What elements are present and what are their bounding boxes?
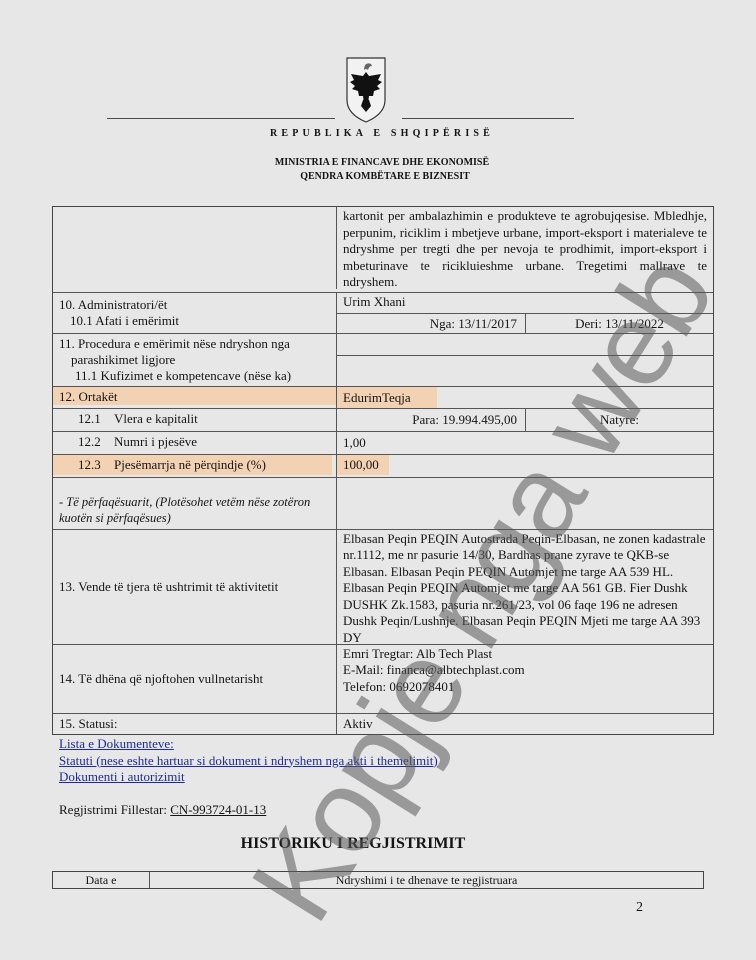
competence-limits-label: 11.1 Kufizimet e kompetencave (nëse ka) (59, 368, 330, 384)
appointment-from: Nga: 13/11/2017 (337, 314, 526, 333)
republic-title: REPUBLIKA E SHQIPËRISË (0, 128, 756, 139)
trade-name: Emri Tregtar: Alb Tech Plast (343, 646, 707, 663)
administrator-label-cell: 10. Administratori/ët 10.1 Afati i emëri… (53, 293, 337, 333)
appointment-term-label: 10.1 Afati i emërimit (59, 313, 330, 329)
percentage-value-cell: 100,00 (337, 455, 713, 477)
administrator-value-cell: Urim Xhani Nga: 13/11/2017 Deri: 13/11/2… (337, 293, 713, 333)
business-extract-table: kartonit per ambalazhimin e produkteve t… (52, 206, 714, 735)
ministry-title: MINISTRIA E FINANCAVE DHE EKONOMISË QEND… (0, 156, 756, 184)
email: E-Mail: financa@albtechplast.com (343, 662, 707, 679)
procedure-value-cell (337, 334, 713, 386)
table-row-voluntary-data: 14. Të dhëna që njoftohen vullnetarisht … (53, 644, 713, 713)
partner-name: EdurimTeqja (337, 387, 437, 408)
appointment-to: Deri: 13/11/2022 (526, 314, 713, 333)
ministry-name: MINISTRIA E FINANCAVE DHE EKONOMISË (8, 156, 756, 170)
percentage-label: Pjesëmarrja në përqindje (%) (114, 457, 266, 472)
page-number: 2 (636, 900, 643, 916)
header-rule-right (402, 118, 574, 119)
table-row-administrator: 10. Administratori/ët 10.1 Afati i emëri… (53, 292, 713, 333)
partners-label-cell: 12. Ortakët (53, 387, 337, 408)
documents-links: Lista e Dokumenteve: Statuti (nese eshte… (59, 736, 438, 786)
coat-of-arms-icon (345, 56, 387, 124)
shares-label-cell: 12.2Numri i pjesëve (53, 432, 337, 454)
phone: Telefon: 0692078401 (343, 679, 707, 696)
history-column-change: Ndryshimi i te dhenave te regjistruara (150, 872, 703, 888)
table-row-represented: - Të përfaqësuarit, (Plotësohet vetëm në… (53, 477, 713, 529)
header-rule-left (107, 118, 335, 119)
table-row-status: 15. Statusi: Aktiv (53, 713, 713, 734)
percentage-value: 100,00 (337, 455, 389, 475)
documents-list-link[interactable]: Lista e Dokumenteve: (59, 736, 438, 753)
table-row-shares: 12.2Numri i pjesëve 1,00 (53, 431, 713, 454)
partners-value-cell: EdurimTeqja (337, 387, 713, 408)
shares-label: Numri i pjesëve (114, 434, 197, 449)
competence-limits-value (337, 355, 713, 385)
activity-value: kartonit per ambalazhimin e produkteve t… (337, 207, 713, 292)
history-column-date: Data e (53, 872, 150, 888)
status-value: Aktiv (337, 714, 713, 734)
status-label: 15. Statusi: (53, 714, 337, 734)
shares-value: 1,00 (337, 432, 713, 454)
administrator-label: 10. Administratori/ët (59, 297, 330, 313)
table-row-percentage: 12.3Pjesëmarrja në përqindje (%) 100,00 (53, 454, 713, 477)
capital-nature: Natyre: (526, 409, 713, 431)
initial-registration-label: Regjistrimi Fillestar: (59, 802, 167, 817)
initial-registration-value: CN-993724-01-13 (170, 802, 266, 817)
other-locations-label: 13. Vende të tjera të ushtrimit të aktiv… (53, 530, 337, 644)
procedure-label-cell: 11. Procedura e emërimit nëse ndryshon n… (53, 334, 337, 386)
center-name: QENDRA KOMBËTARE E BIZNESIT (8, 170, 756, 184)
procedure-value (337, 334, 713, 355)
table-row-activity: kartonit per ambalazhimin e produkteve t… (53, 207, 713, 292)
capital-value-cell: Para: 19.994.495,00 Natyre: (337, 409, 713, 431)
capital-label-cell: 12.1Vlera e kapitalit (53, 409, 337, 431)
table-row-partners: 12. Ortakët EdurimTeqja (53, 386, 713, 408)
procedure-label-2: parashikimet ligjore (59, 352, 330, 368)
table-row-other-locations: 13. Vende të tjera të ushtrimit të aktiv… (53, 529, 713, 644)
activity-label-cell (53, 207, 337, 289)
other-locations-value: Elbasan Peqin PEQIN Autostrada Peqin-Elb… (337, 530, 713, 644)
table-row-procedure: 11. Procedura e emërimit nëse ndryshon n… (53, 333, 713, 386)
history-table-header: Data e Ndryshimi i te dhenave te regjist… (52, 871, 704, 889)
history-title: HISTORIKU I REGJISTRIMIT (0, 835, 756, 853)
represented-value (337, 478, 713, 529)
represented-label: - Të përfaqësuarit, (Plotësohet vetëm në… (53, 478, 337, 529)
percentage-label-cell: 12.3Pjesëmarrja në përqindje (%) (53, 455, 337, 477)
capital-label: Vlera e kapitalit (114, 411, 198, 426)
statute-link[interactable]: Statuti (nese eshte hartuar si dokument … (59, 753, 438, 770)
authorization-document-link[interactable]: Dokumenti i autorizimit (59, 769, 438, 786)
voluntary-data-label: 14. Të dhëna që njoftohen vullnetarisht (53, 645, 337, 713)
capital-money: Para: 19.994.495,00 (337, 409, 526, 431)
table-row-capital: 12.1Vlera e kapitalit Para: 19.994.495,0… (53, 408, 713, 431)
partners-label: 12. Ortakët (53, 387, 336, 405)
administrator-name: Urim Xhani (337, 293, 713, 313)
procedure-label: 11. Procedura e emërimit nëse ndryshon n… (59, 336, 330, 352)
initial-registration: Regjistrimi Fillestar: CN-993724-01-13 (59, 802, 266, 818)
voluntary-data-value: Emri Tregtar: Alb Tech Plast E-Mail: fin… (337, 645, 713, 713)
